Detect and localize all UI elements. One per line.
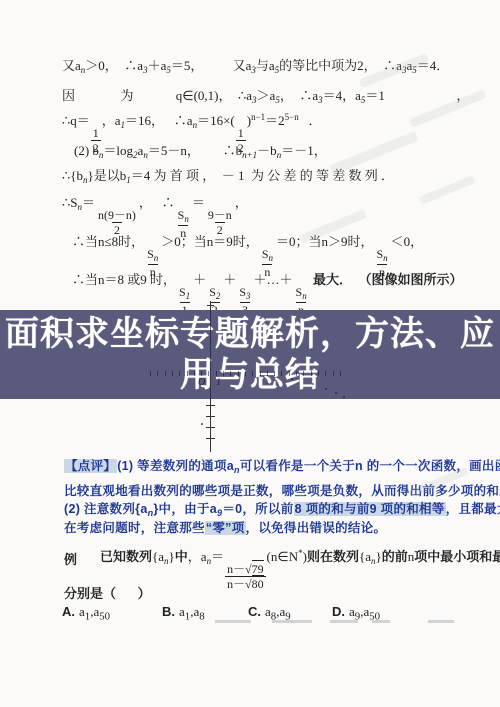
x-axis-tick xyxy=(289,371,290,376)
x-axis-tick xyxy=(238,371,239,376)
x-axis-tick xyxy=(267,371,268,376)
scan-artifact xyxy=(372,620,390,623)
scatter-dot xyxy=(312,383,314,385)
x-axis-tick xyxy=(311,371,312,376)
option-a: A.a1,a50 xyxy=(62,604,110,623)
y-axis-tick xyxy=(207,305,214,306)
x-axis-tick xyxy=(303,371,304,376)
x-axis-tick xyxy=(201,371,202,376)
scan-artifact xyxy=(428,620,454,623)
x-axis-tick xyxy=(165,371,166,376)
example-label: 例 xyxy=(64,552,77,568)
x-axis-tick xyxy=(340,371,341,376)
origin-label: O xyxy=(198,377,205,388)
x-axis-tick xyxy=(208,371,209,376)
y-axis-tick xyxy=(206,427,215,428)
x-axis-tick xyxy=(274,371,275,376)
banner-title-line1: 面积求坐标专题解析，方法、应 xyxy=(5,314,495,355)
scan-artifact xyxy=(272,620,312,623)
y-axis-tick xyxy=(206,405,215,406)
scatter-dot xyxy=(291,378,293,380)
x-axis-tick xyxy=(216,371,217,376)
scatter-dot xyxy=(325,388,327,390)
scatter-dot xyxy=(343,396,345,398)
example-question: 已知数列{an}中，an＝n－√79n－√80(n∈N*)则在数列{an}的前n… xyxy=(100,548,500,590)
x-axis-tick xyxy=(260,371,261,376)
x-axis-tick xyxy=(230,371,231,376)
solution-line: (2) bn＝log2an＝5－n， ∴bn+1－bn＝－1， xyxy=(74,143,327,161)
option-b: B.a1,a8 xyxy=(162,604,205,623)
x-axis-tick xyxy=(179,371,180,376)
comment-line: (2) 注意数列{an}中，由于a9＝0，所以前8 项的和与前9 项的和相等，且… xyxy=(64,502,500,519)
scan-artifact xyxy=(215,620,251,623)
x-axis-tick xyxy=(296,371,297,376)
x-axis-tick xyxy=(172,371,173,376)
y-axis-tick xyxy=(206,416,215,417)
x-axis-tick xyxy=(245,371,246,376)
x-axis-tick xyxy=(281,371,282,376)
x-axis-tick xyxy=(333,371,334,376)
scatter-dot xyxy=(201,423,203,425)
x-axis-tick xyxy=(252,371,253,376)
y-axis-through-banner xyxy=(210,310,211,399)
x-axis-tick xyxy=(157,371,158,376)
comment-line: 【点评】(1) 等差数列的通项an可以看作是一个关于n 的一个一次函数，画出函数… xyxy=(64,459,500,476)
comment-line: 在考虑问题时，注意那些“零”项，以免得出错误的结论。 xyxy=(64,521,386,537)
x-axis-tick xyxy=(318,371,319,376)
solution-line: 因 为 q∈(0,1)， ∴a3＞a5， ∴a3＝4，a5＝1 ， xyxy=(62,88,469,106)
y-axis-tick xyxy=(206,438,215,439)
x-axis-tick xyxy=(325,371,326,376)
x-axis-tick xyxy=(150,371,151,376)
x-axis-tick xyxy=(187,371,188,376)
x-axis-tick xyxy=(223,371,224,376)
solution-line: ∴{bn}是以b1＝4 为 首 项 ， － 1 为 公 差 的 等 差 数 列 … xyxy=(62,168,394,186)
example-blank: 分别是（ ） xyxy=(64,586,151,602)
x-tick-label-1: 1 xyxy=(216,377,221,388)
solution-line: ∴Sn＝n(9－n)2， ∴Snn＝9－n2， xyxy=(62,195,248,239)
watermark-smudge xyxy=(419,175,476,204)
x-axis-tick xyxy=(194,371,195,376)
scan-artifact xyxy=(330,620,358,623)
y-axis-lower xyxy=(210,399,211,452)
title-banner: 面积求坐标专题解析，方法、应 用与总结 xyxy=(0,310,500,399)
scatter-dot xyxy=(335,392,337,394)
